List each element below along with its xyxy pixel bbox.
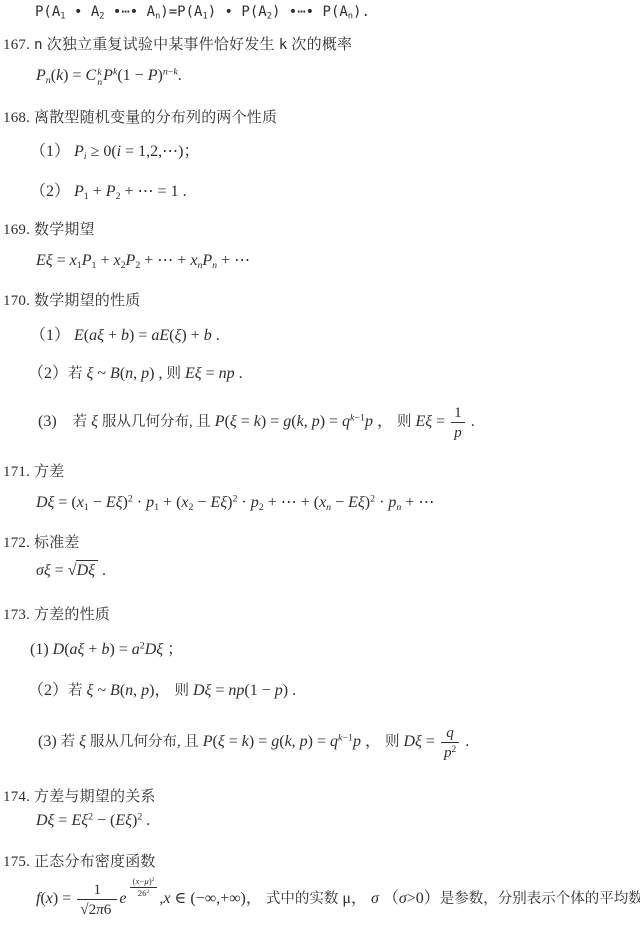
formula-173-2: （2）若 ξ ~ B(n, p)， 则 Dξ = np(1 − p) . xyxy=(28,677,296,700)
formula-170-1: （1） E(aξ + b) = aE(ξ) + b . xyxy=(30,322,220,345)
heading-170: 170. 数学期望的性质 xyxy=(3,289,140,310)
heading-171: 171. 方差 xyxy=(3,460,64,481)
formula-173-3: (3) 若 ξ 服从几何分布, 且 P(ξ = k) = g(k, p) = q… xyxy=(38,723,469,762)
formula-172: σξ = √Dξ . xyxy=(36,562,106,580)
formula-169: Eξ = x1P1 + x2P2 + ⋯ + xnPn + ⋯ xyxy=(36,250,250,270)
formula-168-2: （2） P1 + P2 + ⋯ = 1 . xyxy=(30,178,187,201)
formula-167: Pn(k) = CknPk(1 − P)n−k. xyxy=(36,67,182,88)
document-page: P(A1 • A2 •⋯• An)=P(A1) • P(A2) •⋯• P(An… xyxy=(0,0,640,932)
formula-171: Dξ = (x1 − Eξ)2 · p1 + (x2 − Eξ)2 · p2 +… xyxy=(36,492,434,512)
heading-175: 175. 正态分布密度函数 xyxy=(3,850,156,871)
formula-175: f(x) = 1√2π6e(x−μ)2262,x ∈ (−∞,+∞)， 式中的实… xyxy=(36,876,640,919)
product-probability-formula: P(A1 • A2 •⋯• An)=P(A1) • P(A2) •⋯• P(An… xyxy=(35,4,370,20)
heading-167: 167. n 次独立重复试验中某事件恰好发生 k 次的概率 xyxy=(3,33,352,54)
heading-174: 174. 方差与期望的关系 xyxy=(3,785,156,806)
formula-170-3: (3) 若 ξ 服从几何分布, 且 P(ξ = k) = g(k, p) = q… xyxy=(38,403,475,442)
heading-168: 168. 离散型随机变量的分布列的两个性质 xyxy=(3,106,277,127)
formula-173-1: (1) D(aξ + b) = a2Dξ ； xyxy=(30,636,183,659)
heading-173: 173. 方差的性质 xyxy=(3,603,110,624)
heading-172: 172. 标准差 xyxy=(3,531,80,552)
formula-168-1: （1） Pi ≥ 0(i = 1,2,⋯)； xyxy=(30,138,199,161)
formula-170-2: （2）若 ξ ~ B(n, p) , 则 Eξ = np . xyxy=(28,360,243,383)
formula-174: Dξ = Eξ2 − (Eξ)2 . xyxy=(36,812,150,830)
heading-169: 169. 数学期望 xyxy=(3,218,95,239)
